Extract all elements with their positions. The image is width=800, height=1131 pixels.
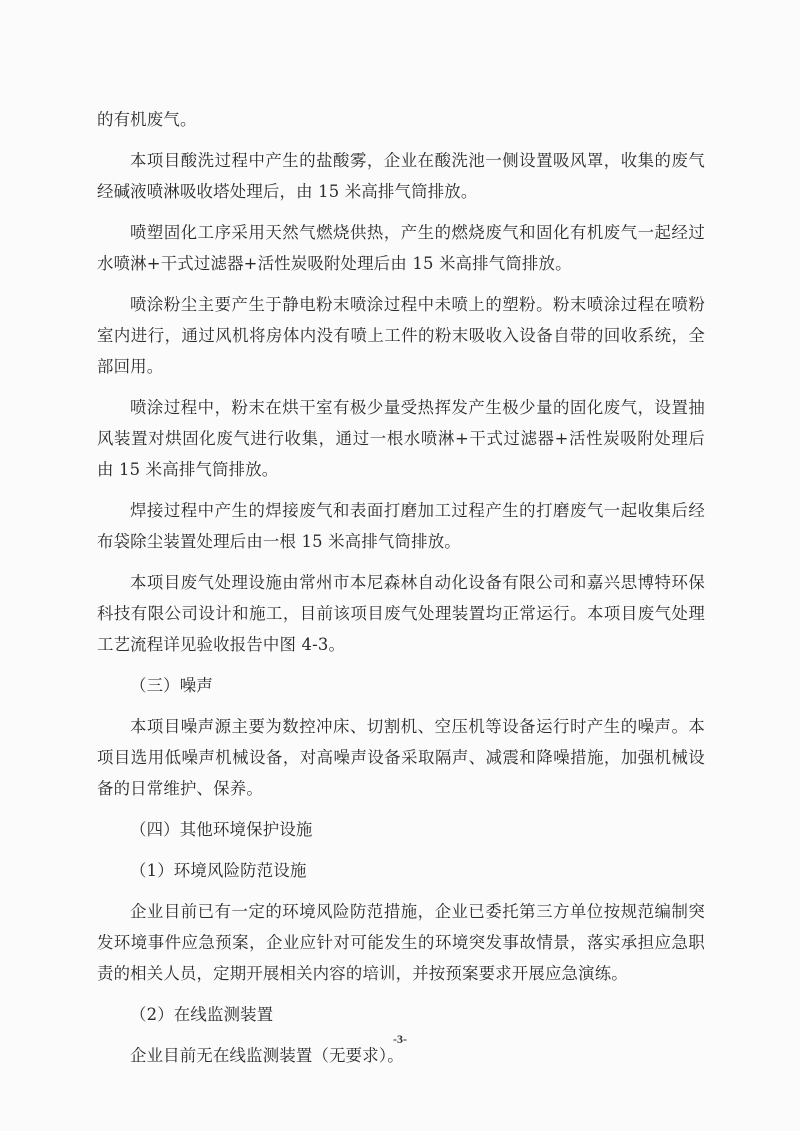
subsection-heading-online-monitoring: （2）在线监测装置 <box>97 999 705 1030</box>
paragraph-curing-exhaust: 喷涂过程中，粉末在烘干室有极少量受热挥发产生极少量的固化废气，设置抽风装置对烘固… <box>97 392 705 485</box>
paragraph-noise: 本项目噪声源主要为数控冲床、切割机、空压机等设备运行时产生的噪声。本项目选用低噪… <box>97 711 705 804</box>
paragraph-risk-prevention: 企业目前已有一定的环境风险防范措施，企业已委托第三方单位按规范编制突发环境事件应… <box>97 896 705 989</box>
section-heading-noise: （三）噪声 <box>97 670 705 701</box>
page-number: -3- <box>0 1032 800 1047</box>
section-heading-other-facilities: （四）其他环境保护设施 <box>97 814 705 845</box>
paragraph-welding-exhaust: 焊接过程中产生的焊接废气和表面打磨加工过程产生的打磨废气一起收集后经布袋除尘装置… <box>97 495 705 557</box>
document-page: 的有机废气。 本项目酸洗过程中产生的盐酸雾，企业在酸洗池一侧设置吸风罩，收集的废… <box>97 104 705 1081</box>
paragraph-acid-mist: 本项目酸洗过程中产生的盐酸雾，企业在酸洗池一侧设置吸风罩，收集的废气经碱液喷淋吸… <box>97 145 705 207</box>
paragraph-continuation: 的有机废气。 <box>97 104 705 135</box>
paragraph-spray-curing: 喷塑固化工序采用天然气燃烧供热，产生的燃烧废气和固化有机废气一起经过水喷淋+干式… <box>97 217 705 279</box>
paragraph-exhaust-facilities: 本项目废气处理设施由常州市本尼森林自动化设备有限公司和嘉兴思博特环保科技有限公司… <box>97 567 705 660</box>
subsection-heading-risk-prevention: （1）环境风险防范设施 <box>97 855 705 886</box>
paragraph-spray-dust: 喷涂粉尘主要产生于静电粉末喷涂过程中未喷上的塑粉。粉末喷涂过程在喷粉室内进行，通… <box>97 289 705 382</box>
